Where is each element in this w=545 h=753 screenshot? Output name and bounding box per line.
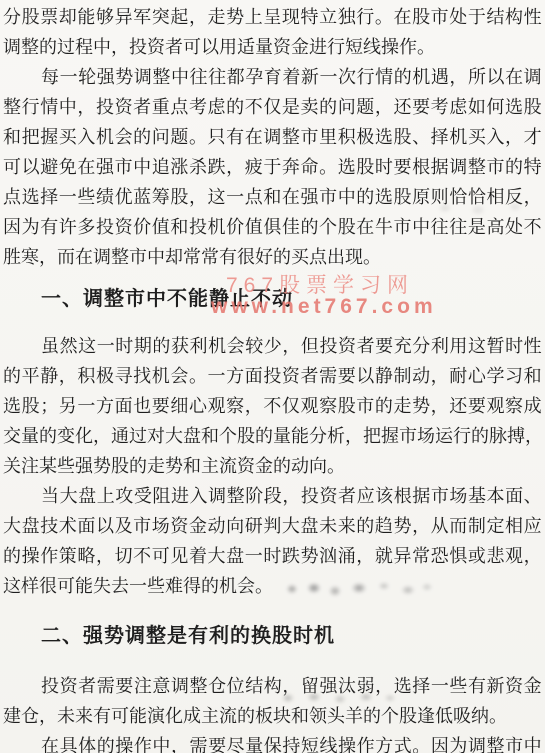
text-line: 大盘技术面以及市场资金动向研判大盘未来的趋势，从而制定相应 [3, 511, 542, 541]
text-line: 整行情中，投资者重点考虑的不仅是卖的问题，还要考虑如何选股 [3, 92, 542, 122]
text-line: 点选择一些绩优蓝筹股，这一点和在强市中的选股原则恰恰相反， [3, 182, 542, 212]
text-line: 因为有许多投资价值和投机价值俱佳的个股在牛市中往往是高处不 [3, 212, 542, 242]
text-line: 每一轮强势调整中往往都孕育着新一次行情的机遇，所以在调 [3, 62, 542, 92]
text-line: 关注某些强势股的走势和主流资金的动向。 [3, 451, 542, 481]
text-line: 胜寒，而在调整市中却常常有很好的买点出现。 [3, 242, 542, 272]
text-line: 和把握买入机会的问题。只有在调整市里积极选股、择机买入，才 [3, 122, 542, 152]
text-line: 选股；另一方面也要细心观察，不仅观察股市的走势，还要观察成 [3, 391, 542, 421]
text-line: 的操作策略，切不可见着大盘一时跌势汹涌，就异常恐惧或悲观， [3, 541, 542, 571]
text-line: 在具体的操作中，需要尽量保持短线操作方式。因为调整市中 [3, 731, 542, 753]
text-line: 虽然这一时期的获利机会较少，但投资者要充分利用这暂时性 [3, 331, 542, 361]
page-text-content: 分股票却能够异军突起，走势上呈现特立独行。在股市处于结构性调整的过程中，投资者可… [0, 0, 545, 753]
text-line: 可以避免在强市中追涨杀跌，疲于奔命。选股时要根据调整市的特 [3, 152, 542, 182]
section-heading: 二、强势调整是有利的换股时机 [3, 621, 542, 651]
text-line: 建仓，未来有可能演化成主流的板块和领头羊的个股逢低吸纳。 [3, 701, 542, 731]
text-line: 投资者需要注意调整仓位结构，留强汰弱，选择一些有新资金 [3, 671, 542, 701]
text-line: 交量的变化，通过对大盘和个股的量能分析，把握市场运行的脉搏， [3, 421, 542, 451]
section-heading: 一、调整市中不能静止不动 [3, 284, 542, 314]
scanned-book-page: 分股票却能够异军突起，走势上呈现特立独行。在股市处于结构性调整的过程中，投资者可… [0, 0, 545, 753]
text-line: 调整的过程中，投资者可以用适量资金进行短线操作。 [3, 32, 542, 62]
text-line: 分股票却能够异军突起，走势上呈现特立独行。在股市处于结构性 [3, 2, 542, 32]
text-line: 这样很可能失去一些难得的机会。 [3, 571, 542, 601]
text-line: 当大盘上攻受阻进入调整阶段，投资者应该根据市场基本面、 [3, 481, 542, 511]
text-line: 的平静，积极寻找机会。一方面投资者需要以静制动，耐心学习和 [3, 361, 542, 391]
